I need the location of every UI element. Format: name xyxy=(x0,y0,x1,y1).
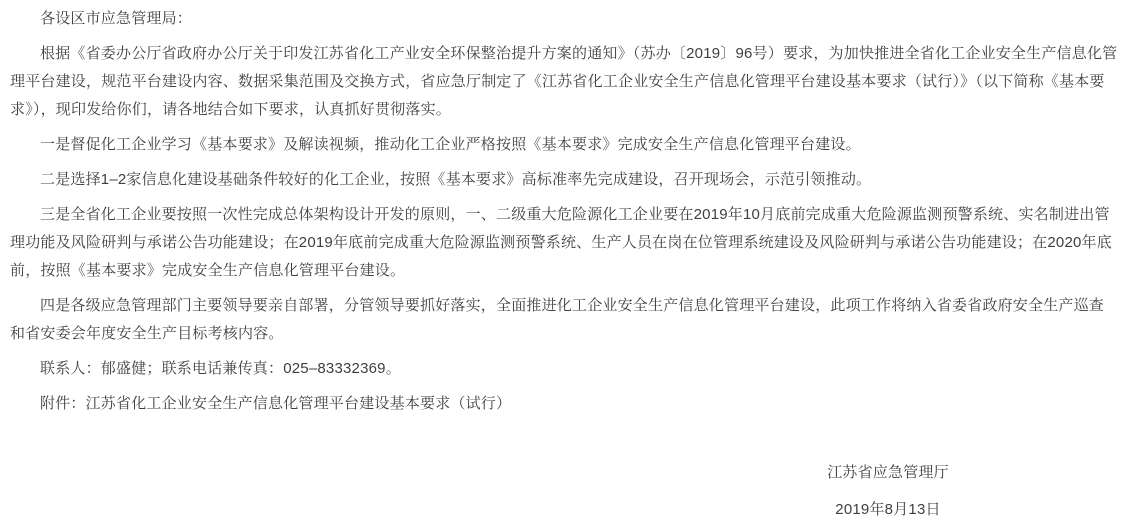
paragraph-point-1: 一是督促化工企业学习《基本要求》及解读视频，推动化工企业严格按照《基本要求》完成… xyxy=(10,131,1118,159)
signature-date: 2019年8月13日 xyxy=(788,491,988,526)
signature-block: 江苏省应急管理厅 2019年8月13日 xyxy=(788,454,988,526)
paragraph-point-3: 三是全省化工企业要按照一次性完成总体架构设计开发的原则，一、二级重大危险源化工企… xyxy=(10,201,1118,285)
attachment-line: 附件：江苏省化工企业安全生产信息化管理平台建设基本要求（试行） xyxy=(10,390,1118,418)
paragraph-point-2: 二是选择1–2家信息化建设基础条件较好的化工企业，按照《基本要求》高标准率先完成… xyxy=(10,166,1118,194)
salutation: 各设区市应急管理局： xyxy=(10,5,1118,33)
paragraph-point-4: 四是各级应急管理部门主要领导要亲自部署，分管领导要抓好落实，全面推进化工企业安全… xyxy=(10,292,1118,348)
contact-line: 联系人：郁盛健；联系电话兼传真：025–83332369。 xyxy=(10,355,1118,383)
signature-org: 江苏省应急管理厅 xyxy=(788,454,988,491)
paragraph-intro: 根据《省委办公厅省政府办公厅关于印发江苏省化工产业安全环保整治提升方案的通知》（… xyxy=(10,40,1118,124)
document-page: 各设区市应急管理局： 根据《省委办公厅省政府办公厅关于印发江苏省化工产业安全环保… xyxy=(0,0,1128,526)
